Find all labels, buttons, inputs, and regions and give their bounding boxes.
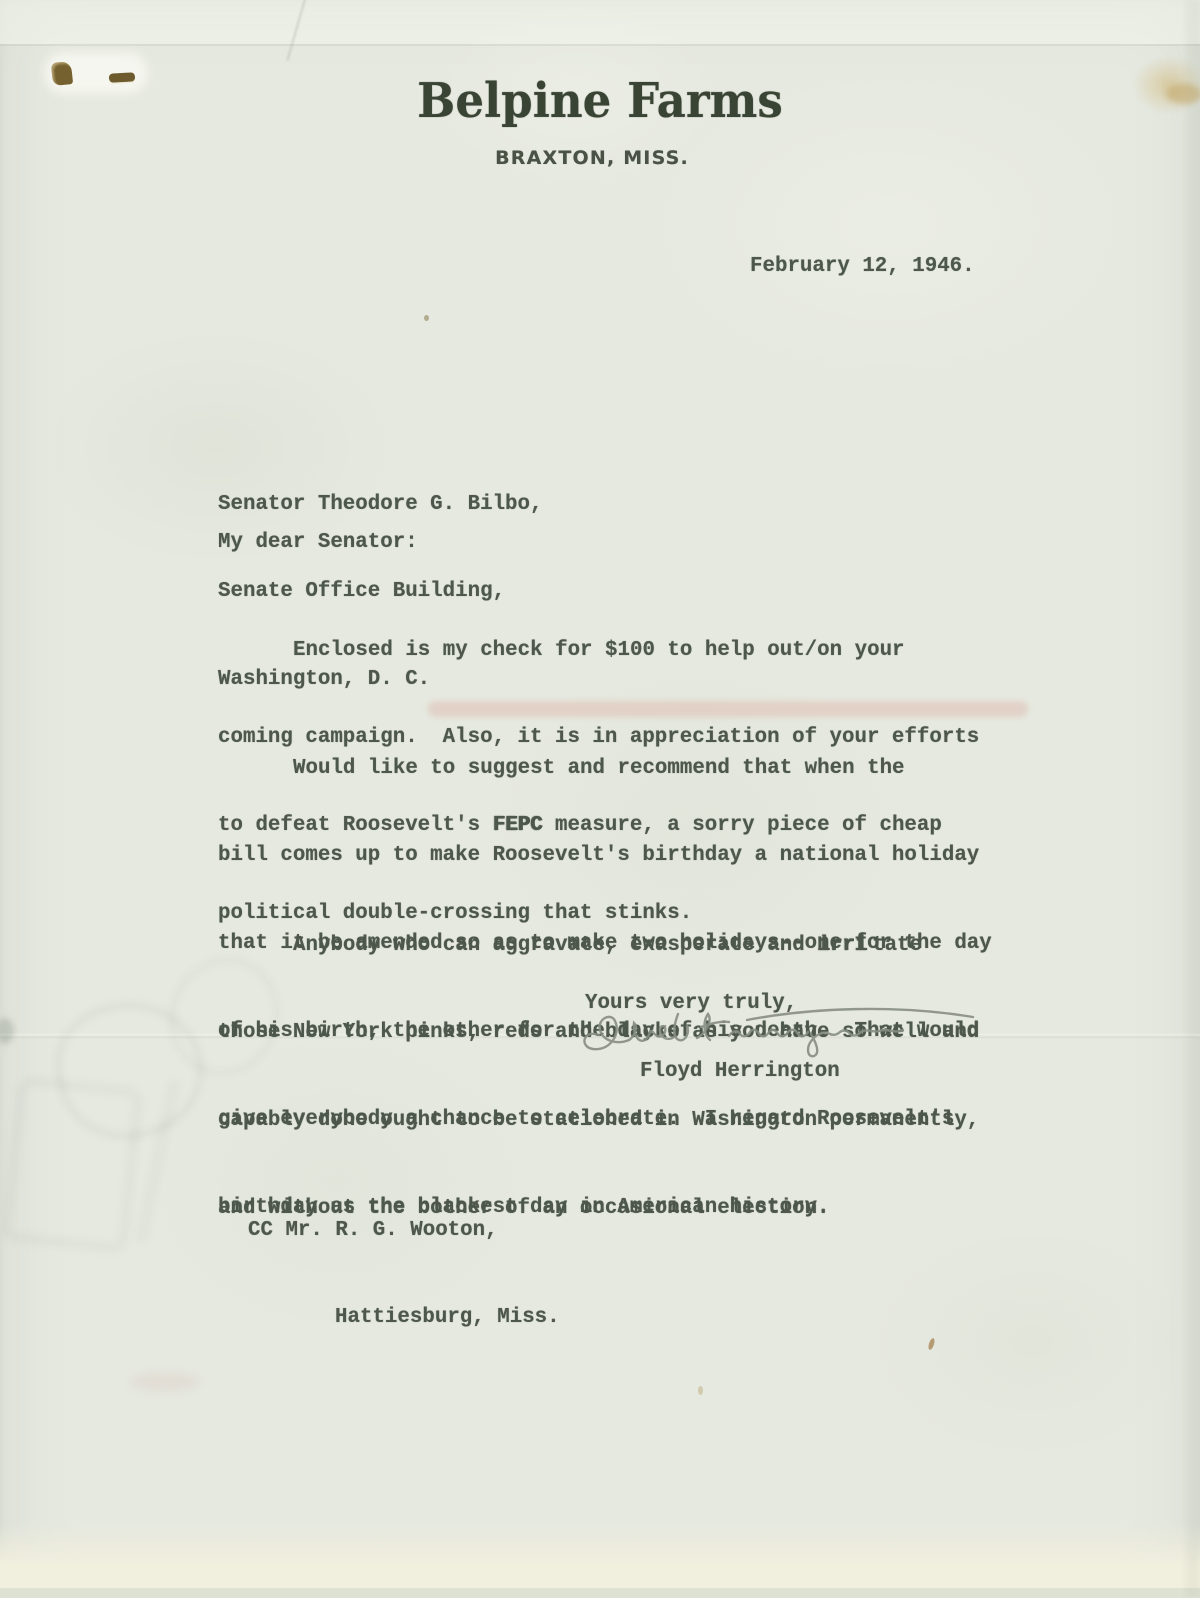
paper-speck bbox=[424, 315, 429, 321]
scanned-letter-page: Belpine Farms BRAXTON, MISS. February 12… bbox=[0, 0, 1200, 1598]
showthrough-ghost bbox=[0, 1074, 145, 1256]
salutation: My dear Senator: bbox=[218, 528, 418, 557]
top-fold-crease bbox=[0, 44, 1200, 46]
paper-speck bbox=[927, 1338, 935, 1351]
handwritten-signature bbox=[575, 993, 985, 1065]
paper-speck bbox=[698, 1386, 703, 1395]
recipient-name: Senator Theodore G. Bilbo, bbox=[218, 490, 542, 519]
bottom-fold-band bbox=[0, 1524, 1200, 1598]
body-line: bill comes up to make Roosevelt's birthd… bbox=[218, 841, 992, 870]
cc-block: CC Mr. R. G. Wooton, Hattiesburg, Miss. bbox=[248, 1157, 560, 1391]
date-line: February 12, 1946. bbox=[750, 252, 975, 281]
cc-line: CC Mr. R. G. Wooton, bbox=[248, 1216, 560, 1245]
cc-line: Hattiesburg, Miss. bbox=[248, 1303, 560, 1332]
body-line: capably done ought to be stationed in Wa… bbox=[218, 1106, 979, 1135]
pink-smudge bbox=[130, 1372, 200, 1392]
showthrough-ghost bbox=[40, 984, 219, 1156]
body-text: Anybody who can aggravate, exasperate an… bbox=[293, 934, 817, 957]
bottom-edge-shadow bbox=[0, 1588, 1200, 1598]
letterhead-company-name: Belpine Farms bbox=[36, 72, 1164, 130]
body-line: Anybody who can aggravate, exasperate an… bbox=[218, 931, 979, 960]
edge-nick bbox=[0, 1018, 14, 1044]
stain-top-right-dark bbox=[1166, 84, 1200, 104]
overstruck-text: irri bbox=[817, 934, 867, 957]
typed-signature-name: Floyd Herrington bbox=[640, 1057, 840, 1086]
body-line: Enclosed is my check for $100 to help ou… bbox=[218, 636, 979, 665]
right-edge-shadow bbox=[1186, 0, 1200, 1598]
letterhead-location: BRAXTON, MISS. bbox=[0, 147, 1184, 169]
top-fold-band bbox=[0, 0, 1200, 44]
body-line: Would like to suggest and recommend that… bbox=[218, 754, 992, 783]
body-text: tate bbox=[872, 934, 922, 957]
